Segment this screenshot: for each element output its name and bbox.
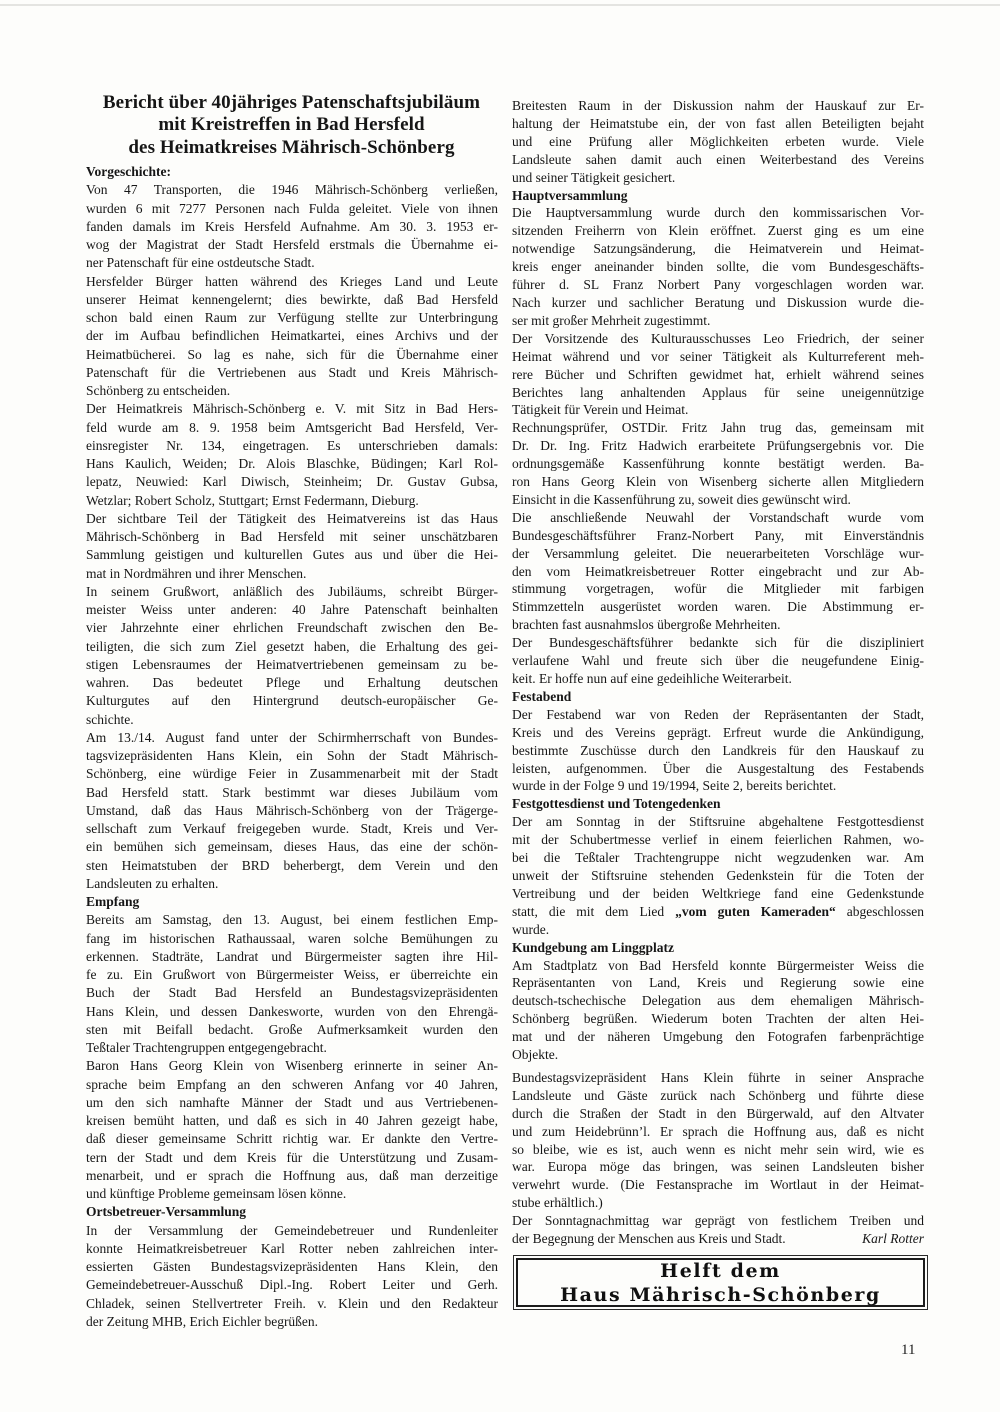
text-line: unserer Heimat kennengelernt; dies bewir… xyxy=(86,291,498,309)
text-line: tern der Stadt und dem Kreis für die Unt… xyxy=(86,1149,498,1167)
text-line: bestimmte Zuschüsse durch den Landkreis … xyxy=(512,742,924,760)
section-heading: Kundgebung am Linggplatz xyxy=(512,939,924,957)
text-line: sitzenden Freiherrn von Klein eröffnet. … xyxy=(512,222,924,240)
text-line: ordnungsgemäße Kassenführung konnte best… xyxy=(512,455,924,473)
text-line: Schönberg, eine würdige Feier in Zusamme… xyxy=(86,765,498,783)
text-line: Tätigkeit für Verein und Heimat. xyxy=(512,401,924,419)
text-line: Landsleuten zu erhalten. xyxy=(86,875,498,893)
text-line: kreis enger aneinander binden sollte, di… xyxy=(512,258,924,276)
text-line: mat in Nordmähren und ihrer Menschen. xyxy=(86,565,498,583)
section-heading: Hauptversammlung xyxy=(512,187,924,205)
section-heading: Empfang xyxy=(86,893,498,911)
text-line: Die Hauptversammlung wurde durch den kom… xyxy=(512,204,924,222)
text-line: Buch der Stadt Bad Hersfeld an Bundestag… xyxy=(86,984,498,1002)
text-line: Wetzlar; Robert Scholz, Stuttgart; Ernst… xyxy=(86,492,498,510)
section-heading: Ortsbetreuer-Versammlung xyxy=(86,1203,498,1221)
text-line: des Heimatkreises Mährisch-Schönberg xyxy=(86,137,497,159)
text-line: statt, die mit dem Lied „vom guten Kamer… xyxy=(512,903,924,921)
text-line: fe zu. Ein Grußwort von Bürgermeister We… xyxy=(86,966,498,984)
text-line: Am Stadtplatz von Bad Hersfeld konnte Bü… xyxy=(512,957,924,975)
text-line: wurde in der Folge 9 und 19/1994, Seite … xyxy=(512,777,924,795)
text-line: ser mit großer Mehrheit zugestimmt. xyxy=(512,312,924,330)
text-line: Dr. Dr. Ing. Fritz Hadwich erarbeitete P… xyxy=(512,437,924,455)
text-line: Der sichtbare Teil der Tätigkeit des Hei… xyxy=(86,510,498,528)
text-line: Berichtes lang anhaltenden Applaus für s… xyxy=(512,384,924,402)
text-line: und eine Prüfung aller Möglichkeiten erb… xyxy=(512,133,924,151)
text-line: wurden 6 mit 7277 Personen nach Fulda ge… xyxy=(86,200,498,218)
text-line: verwehrt wurde. (Die Festansprache im Wo… xyxy=(512,1176,924,1194)
text-line: um den sich namhafte Männer der Stadt un… xyxy=(86,1094,498,1112)
text-line: unweit der Stiftsruine stehenden Gedenks… xyxy=(512,867,924,885)
text-line: brachten fast ausnahmslos übergroße Mehr… xyxy=(512,616,924,634)
text-line: feld wurde am 8. 9. 1958 beim Amtsgerich… xyxy=(86,419,498,437)
text-line: Hersfelder Bürger hatten während des Kri… xyxy=(86,273,498,291)
text-line: Schönberg zu entscheiden. xyxy=(86,382,498,400)
scan-edge-artifact xyxy=(0,4,1000,6)
text-line: Patenschaft für die Vertriebenen aus Sta… xyxy=(86,364,498,382)
text-line: Der Heimatkreis Mährisch-Schönberg e. V.… xyxy=(86,400,498,418)
text-line: Hans Kaulich, Weiden; Dr. Alois Blaschke… xyxy=(86,455,498,473)
notice-box: Helft demHaus Mährisch-Schönberg xyxy=(513,1255,928,1310)
text-line: Teßtaler Trachtengruppen entgegengebrach… xyxy=(86,1039,498,1057)
text-line: Der Bundesgeschäftsführer bedankte sich … xyxy=(512,634,924,652)
text-line: sprache beim Empfang an den schweren Anf… xyxy=(86,1076,498,1094)
text-line: erkennen. Stadträte, Landrat und Bürgerm… xyxy=(86,948,498,966)
text-line: Vertreibung und der beiden Weltkriege fa… xyxy=(512,885,924,903)
text-line: teiligten, die sich zum Ziel gesetzt hab… xyxy=(86,638,498,656)
text-line: Bundesgeschäftsführer Franz-Norbert Pany… xyxy=(512,527,924,545)
text-line: Bundestagsvizepräsident Hans Klein führt… xyxy=(512,1069,924,1087)
text-line: Haus Mährisch-Schönberg xyxy=(560,1283,881,1307)
text-line: stube erhältlich.) xyxy=(512,1194,924,1212)
text-line: der Zeitung MHB, Erich Eichler begrüßen. xyxy=(86,1313,498,1331)
text-line: den vom Heimatkreisbetreuer Rotter einge… xyxy=(512,563,924,581)
text-line: menarbeit, und er sprach die Hoffnung au… xyxy=(86,1167,498,1185)
text-line: tagsvizepräsidenten Hans Klein, ein Sohn… xyxy=(86,747,498,765)
text-line: wurde. xyxy=(512,921,924,939)
document-page: Bericht über 40jähriges Patenschaftsjubi… xyxy=(0,0,1000,1412)
text-line: bei die Teßtaler Trachtengruppe nicht we… xyxy=(512,849,924,867)
text-line: schichte. xyxy=(86,711,498,729)
text-line: fanden damals im Kreis Hersfeld Aufnahme… xyxy=(86,218,498,236)
text-line: und seiner Tätigkeit gesichert. xyxy=(512,169,924,187)
text-line: Der Vorsitzende des Kulturausschusses Le… xyxy=(512,330,924,348)
text-line: Kulturgutes auf den Hintergrund deutsch-… xyxy=(86,692,498,710)
article-title: Bericht über 40jähriges Patenschaftsjubi… xyxy=(86,92,497,159)
text-line: konnte Heimatkreisbetreuer Karl Rotter n… xyxy=(86,1240,498,1258)
text-line: In seinem Grußwort, anläßlich des Jubilä… xyxy=(86,583,498,601)
text-line: In der Versammlung der Gemeindebetreuer … xyxy=(86,1222,498,1240)
text-line: Repräsentanten von Land, Kreis und Regie… xyxy=(512,974,924,992)
text-line: Mährisch-Schönberg in Bad Hersfeld mit s… xyxy=(86,528,498,546)
text-line: Umstand, daß das Haus Mährisch-Schönberg… xyxy=(86,802,498,820)
text-line: essierten Gästen Bundestagsvizepräsident… xyxy=(86,1258,498,1276)
text-line: war. Europa möge das bringen, was seinen… xyxy=(512,1158,924,1176)
text-line: Stimmzetteln ausgerüstet worden waren. D… xyxy=(512,598,924,616)
text-line: daß dieser gemeinsame Schritt richtig wa… xyxy=(86,1130,498,1148)
text-line: Landsleute sahen damit auch einen Weiter… xyxy=(512,151,924,169)
page-number: 11 xyxy=(901,1342,915,1359)
text-line: mit Kreistreffen in Bad Hersfeld xyxy=(86,114,497,136)
section-heading: Festgottesdienst und Totengedenken xyxy=(512,795,924,813)
text-line: Kreis und des Vereins geprägt. Erfreut w… xyxy=(512,724,924,742)
text-line: Der Festabend war von Reden der Repräsen… xyxy=(512,706,924,724)
text-line: Heimatbücherei. So lag es nahe, sich für… xyxy=(86,346,498,364)
text-line: mat und der näheren Umgebung den Fotogra… xyxy=(512,1028,924,1046)
text-line: verlaufene Wahl und freute sich über die… xyxy=(512,652,924,670)
text-line: und künftige Probleme gemeinsam lösen kö… xyxy=(86,1185,498,1203)
text-line: der Versammlung geleitet. Die neuerarbei… xyxy=(512,545,924,563)
text-line: Gemeindebetreuer-Ausschuß Dipl.-Ing. Rob… xyxy=(86,1276,498,1294)
text-line: Der Sonntagnachmittag war geprägt von fe… xyxy=(512,1212,924,1230)
text-line: Am 13./14. August fand unter der Schirmh… xyxy=(86,729,498,747)
text-line: ein bemühen sich gemeinsam, dieses Haus,… xyxy=(86,838,498,856)
text-line: notwendige Satzungsänderung, die Heimatv… xyxy=(512,240,924,258)
text-line: ron Hans Georg Klein von Wisenberg siche… xyxy=(512,473,924,491)
text-line: schon bald einen Raum zur Verfügung stel… xyxy=(86,309,498,327)
text-line: Breitesten Raum in der Diskussion nahm d… xyxy=(512,97,924,115)
text-line: Chladek, seinen Stellvertreter Freih. v.… xyxy=(86,1295,498,1313)
text-line: haltung der Heimatstube ein, der von fas… xyxy=(512,115,924,133)
text-line: Baron Hans Georg Klein von Wisenberg eri… xyxy=(86,1057,498,1075)
text-line: führer d. SL Franz Norbert Pany vorgesch… xyxy=(512,276,924,294)
section-heading: Vorgeschichte: xyxy=(86,163,498,181)
right-column: Breitesten Raum in der Diskussion nahm d… xyxy=(512,97,924,1248)
text-line: so bleibe, wie es ist, auch wenn es nich… xyxy=(512,1141,924,1159)
text-line: leisten, aufgenommen. Über die Ausgestal… xyxy=(512,760,924,778)
text-line: Heimat während und vor seiner Tätigkeit … xyxy=(512,348,924,366)
text-line: keit. Er hoffe nun auf eine gedeihliche … xyxy=(512,670,924,688)
text-line: sten mit Beifall bedacht. Große Aufmerks… xyxy=(86,1021,498,1039)
text-line: Der am Sonntag in der Stiftsruine abgeha… xyxy=(512,813,924,831)
text-line: Rechnungsprüfer, OSTDir. Fritz Jahn trug… xyxy=(512,419,924,437)
text-line: Von 47 Transporten, die 1946 Mährisch-Sc… xyxy=(86,181,498,199)
text-line: Nach kurzer und sachlicher Beratung und … xyxy=(512,294,924,312)
text-line: sellschaft zum Verkauf freigegeben wurde… xyxy=(86,820,498,838)
text-line: stimmung vorgetragen, wofür die Mitglied… xyxy=(512,580,924,598)
text-line: Objekte. xyxy=(512,1046,924,1064)
text-line: deutsch-tschechische Delegation aus dem … xyxy=(512,992,924,1010)
text-line: wahren. Das bedeutet Pflege und Erhaltun… xyxy=(86,674,498,692)
text-line: meister Weiss unter anderen: 40 Jahre Pa… xyxy=(86,601,498,619)
text-line: Bad Hersfeld statt. Stark bestimmt war d… xyxy=(86,784,498,802)
text-line: der im Aufbau befindlichen Heimatkartei,… xyxy=(86,327,498,345)
text-line: vier Jahrzehnte einer ehrlichen Freundsc… xyxy=(86,619,498,637)
text-line: Bereits am Samstag, den 13. August, bei … xyxy=(86,911,498,929)
text-line: Schönberg begrüßen. Wiederum boten Trach… xyxy=(512,1010,924,1028)
text-line: Helft dem xyxy=(660,1259,781,1283)
text-line: sten Heimatstuben der BRD beherbergt, de… xyxy=(86,857,498,875)
text-line: Die anschließende Neuwahl der Vorstandsc… xyxy=(512,509,924,527)
text-line: fang im historischen Rathaussaal, waren … xyxy=(86,930,498,948)
text-line: Sammlung geistigen und kulturellen Gutes… xyxy=(86,546,498,564)
text-line: einsregister Nr. 134, eingetragen. Es un… xyxy=(86,437,498,455)
left-column: Vorgeschichte:Von 47 Transporten, die 19… xyxy=(86,163,498,1331)
text-line: mit der Schubertmesse verlief in einem f… xyxy=(512,831,924,849)
text-line: Landsleute und Gäste zurück nach Schönbe… xyxy=(512,1087,924,1105)
text-line: kreisen bemüht hatten, und daß es sich i… xyxy=(86,1112,498,1130)
text-line: rere Bücher und Schriften gewidmet hat, … xyxy=(512,366,924,384)
text-line: Einsicht in die Kassenführung zu, soweit… xyxy=(512,491,924,509)
text-line: stigen Lebensraumes der Heimatvertrieben… xyxy=(86,656,498,674)
text-line: Bericht über 40jähriges Patenschaftsjubi… xyxy=(86,92,497,114)
text-line: ner Patenschaft für eine ostdeutsche Sta… xyxy=(86,254,498,272)
notice-box-text: Helft demHaus Mährisch-Schönberg xyxy=(516,1258,925,1307)
text-line: wog der Magistrat der Stadt Hersfeld ers… xyxy=(86,236,498,254)
text-line: lepatz, Neuwied: Karl Diwisch, Steinheim… xyxy=(86,473,498,491)
text-line: und zum Heidebrünn’l. Er sprach die Hoff… xyxy=(512,1123,924,1141)
section-heading: Festabend xyxy=(512,688,924,706)
text-line: durch die Straßen der Stadt in den Bürge… xyxy=(512,1105,924,1123)
text-line: der Begegnung der Menschen aus Kreis und… xyxy=(512,1230,924,1248)
text-line: Hans Klein, und dessen Dankesworte, wurd… xyxy=(86,1003,498,1021)
